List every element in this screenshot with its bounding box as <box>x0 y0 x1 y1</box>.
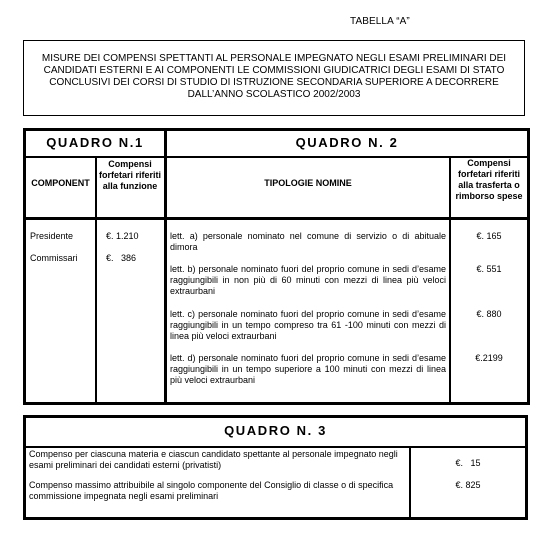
quadro-3-title: QUADRO N. 3 <box>26 423 525 438</box>
nomina-amount: €.2199 <box>451 353 527 364</box>
divider <box>26 217 527 220</box>
nomina-text: lett. a) personale nominato nel comune d… <box>170 231 446 253</box>
header-component: COMPONENT <box>26 178 95 189</box>
component-name: Commissari <box>30 253 78 264</box>
nomina-amount: €. 551 <box>451 264 527 275</box>
nomina-text: lett. c) personale nominato fuori del pr… <box>170 309 446 342</box>
quadro-1-2-table: QUADRO N.1 QUADRO N. 2 COMPONENT Compens… <box>23 128 530 405</box>
nomina-text: lett. b) personale nominato fuori del pr… <box>170 264 446 297</box>
component-name: Presidente <box>30 231 73 242</box>
component-amount: €. 1.210 <box>106 231 139 242</box>
header-compensi-funzione: Compensi forfetari riferiti alla funzion… <box>98 159 162 192</box>
divider <box>164 131 167 402</box>
nomina-amount: €. 880 <box>451 309 527 320</box>
intro-line: MISURE DEI COMPENSI SPETTANTI AL PERSONA… <box>24 53 524 65</box>
header-tipologie-nomine: TIPOLOGIE NOMINE <box>167 178 449 189</box>
compenso-text: Compenso massimo attribuibile al singolo… <box>29 480 409 502</box>
document-label: TABELLA “A” <box>350 16 410 27</box>
header-compensi-trasferta: Compensi forfetari riferiti alla trasfer… <box>451 158 527 202</box>
intro-line: CONCLUSIVI DEI CORSI DI STUDIO DI ISTRUZ… <box>24 77 524 89</box>
intro-box: MISURE DEI COMPENSI SPETTANTI AL PERSONA… <box>23 40 525 116</box>
intro-line: CANDIDATI ESTERNI E AI COMPONENTI LE COM… <box>24 65 524 77</box>
compenso-amount: €. 15 <box>411 458 525 469</box>
compenso-amount: €. 825 <box>411 480 525 491</box>
quadro-1-title: QUADRO N.1 <box>26 135 164 150</box>
intro-line: DALL’ANNO SCOLASTICO 2002/2003 <box>24 89 524 101</box>
compenso-text: Compenso per ciascuna materia e ciascun … <box>29 449 399 471</box>
component-amount: €. 386 <box>106 253 136 264</box>
nomina-text: lett. d) personale nominato fuori del pr… <box>170 353 446 386</box>
divider <box>95 157 97 402</box>
quadro-3-table: QUADRO N. 3 Compenso per ciascuna materi… <box>23 415 528 520</box>
nomina-amount: €. 165 <box>451 231 527 242</box>
quadro-2-title: QUADRO N. 2 <box>167 135 527 150</box>
divider <box>26 446 525 448</box>
